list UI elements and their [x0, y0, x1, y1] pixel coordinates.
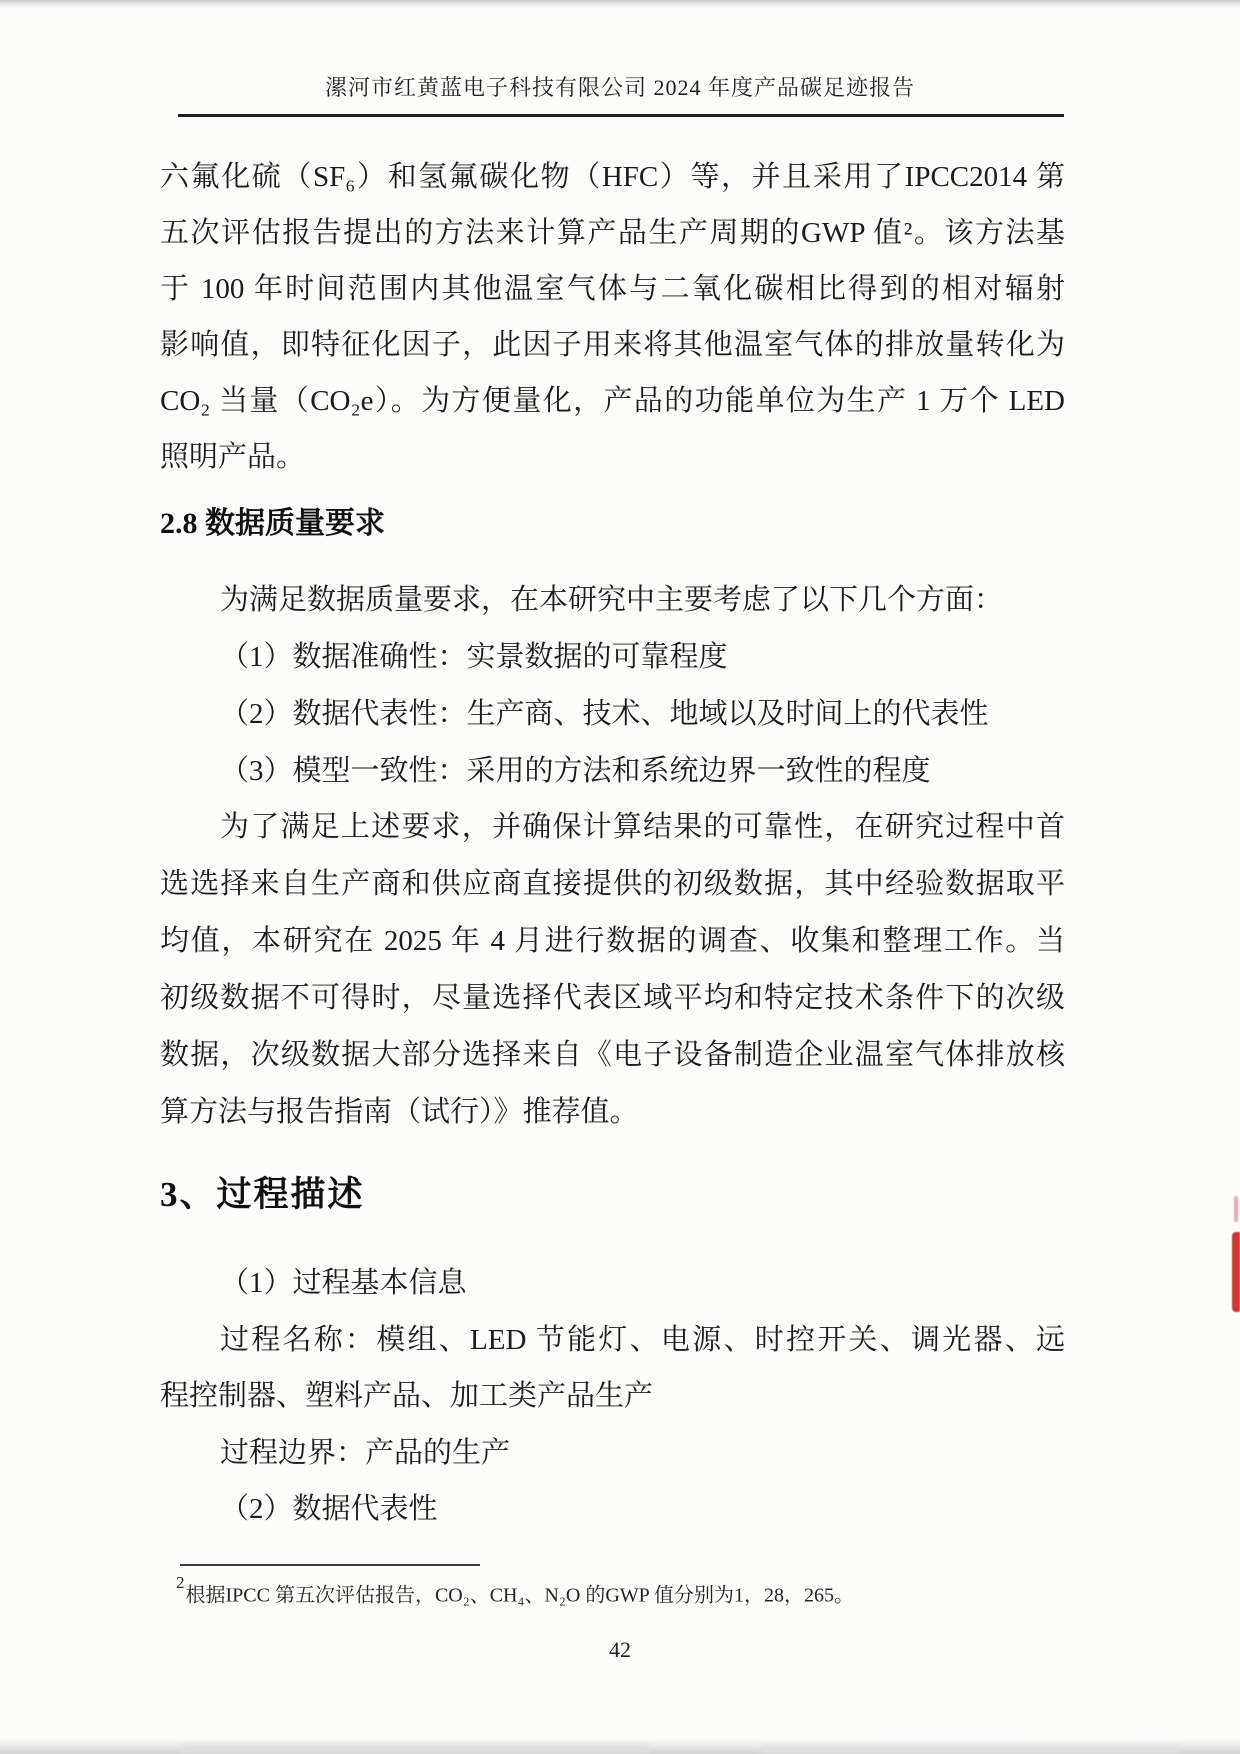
red-seal-edge-mark [1234, 1196, 1238, 1222]
text-line: 为满足数据质量要求，在本研究中主要考虑了以下几个方面： [160, 572, 1065, 629]
process-description-block: （1）过程基本信息 过程名称：模组、LED 节能灯、电源、时控开关、调光器、远 … [160, 1255, 1065, 1538]
text-line: 过程名称：模组、LED 节能灯、电源、时控开关、调光器、远 [160, 1312, 1065, 1369]
footnote-rule [180, 1564, 480, 1566]
footnote: 2根据IPCC 第五次评估报告，CO₂、CH₄、N₂O 的GWP 值分别为1，2… [176, 1572, 1106, 1613]
page-number: 42 [0, 1630, 1240, 1670]
red-seal-edge-mark [1232, 1232, 1240, 1312]
text-line: 程控制器、塑料产品、加工类产品生产 [160, 1368, 1065, 1425]
header-title: 漯河市红黄蓝电子科技有限公司 2024 年度产品碳足迹报告 [0, 70, 1240, 106]
footnote-text: 根据IPCC 第五次评估报告，CO₂、CH₄、N₂O 的GWP 值分别为1，28… [186, 1585, 855, 1607]
text-line: 六氟化硫（SF₆）和氢氟碳化物（HFC）等，并且采用了IPCC2014 第 [160, 149, 1065, 205]
text-line: CO₂ 当量（CO₂e）。为方便量化，产品的功能单位为生产 1 万个 LED [160, 373, 1065, 429]
list-item: （3）模型一致性：采用的方法和系统边界一致性的程度 [160, 743, 1065, 800]
text-line: 照明产品。 [160, 429, 1065, 485]
scan-edge-blot [180, 1745, 650, 1754]
text-line: 影响值，即特征化因子，此因子用来将其他温室气体的排放量转化为 [160, 317, 1065, 373]
text-line: 过程边界：产品的生产 [160, 1425, 1065, 1482]
scan-edge-blot [760, 1746, 1180, 1754]
list-item: （1）数据准确性：实景数据的可靠程度 [160, 629, 1065, 686]
scan-specks [0, 0, 2, 2]
text-line: 五次评估报告提出的方法来计算产品生产周期的GWP 值²。该方法基 [160, 205, 1065, 261]
section-heading-process-description: 3、过程描述 [160, 1163, 365, 1227]
text-line: 为了满足上述要求，并确保计算结果的可靠性，在研究过程中首 [160, 799, 1065, 856]
footnote-marker: 2 [176, 1573, 185, 1592]
list-item: （2）数据代表性：生产商、技术、地域以及时间上的代表性 [160, 686, 1065, 743]
document-page: 漯河市红黄蓝电子科技有限公司 2024 年度产品碳足迹报告 六氟化硫（SF₆）和… [0, 0, 1240, 1754]
text-line: （2）数据代表性 [160, 1481, 1065, 1538]
text-line: 初级数据不可得时，尽量选择代表区域平均和特定技术条件下的次级 [160, 970, 1065, 1027]
section-heading-data-quality: 2.8 数据质量要求 [160, 494, 385, 554]
text-line: 均值，本研究在 2025 年 4 月进行数据的调查、收集和整理工作。当 [160, 913, 1065, 970]
data-quality-list: 为满足数据质量要求，在本研究中主要考虑了以下几个方面： （1）数据准确性：实景数… [160, 572, 1065, 800]
scan-edge-top [0, 0, 1240, 8]
text-line: 于 100 年时间范围内其他温室气体与二氧化碳相比得到的相对辐射 [160, 261, 1065, 317]
text-line: （1）过程基本信息 [160, 1255, 1065, 1312]
text-line: 算方法与报告指南（试行）》推荐值。 [160, 1084, 1065, 1141]
text-line: 选选择来自生产商和供应商直接提供的初级数据，其中经验数据取平 [160, 856, 1065, 913]
paragraph-data-sources: 为了满足上述要求，并确保计算结果的可靠性，在研究过程中首 选选择来自生产商和供应… [160, 799, 1065, 1141]
text-line: 数据，次级数据大部分选择来自《电子设备制造企业温室气体排放核 [160, 1027, 1065, 1084]
header-rule [178, 114, 1064, 117]
paragraph-gwp-method: 六氟化硫（SF₆）和氢氟碳化物（HFC）等，并且采用了IPCC2014 第 五次… [160, 149, 1065, 485]
